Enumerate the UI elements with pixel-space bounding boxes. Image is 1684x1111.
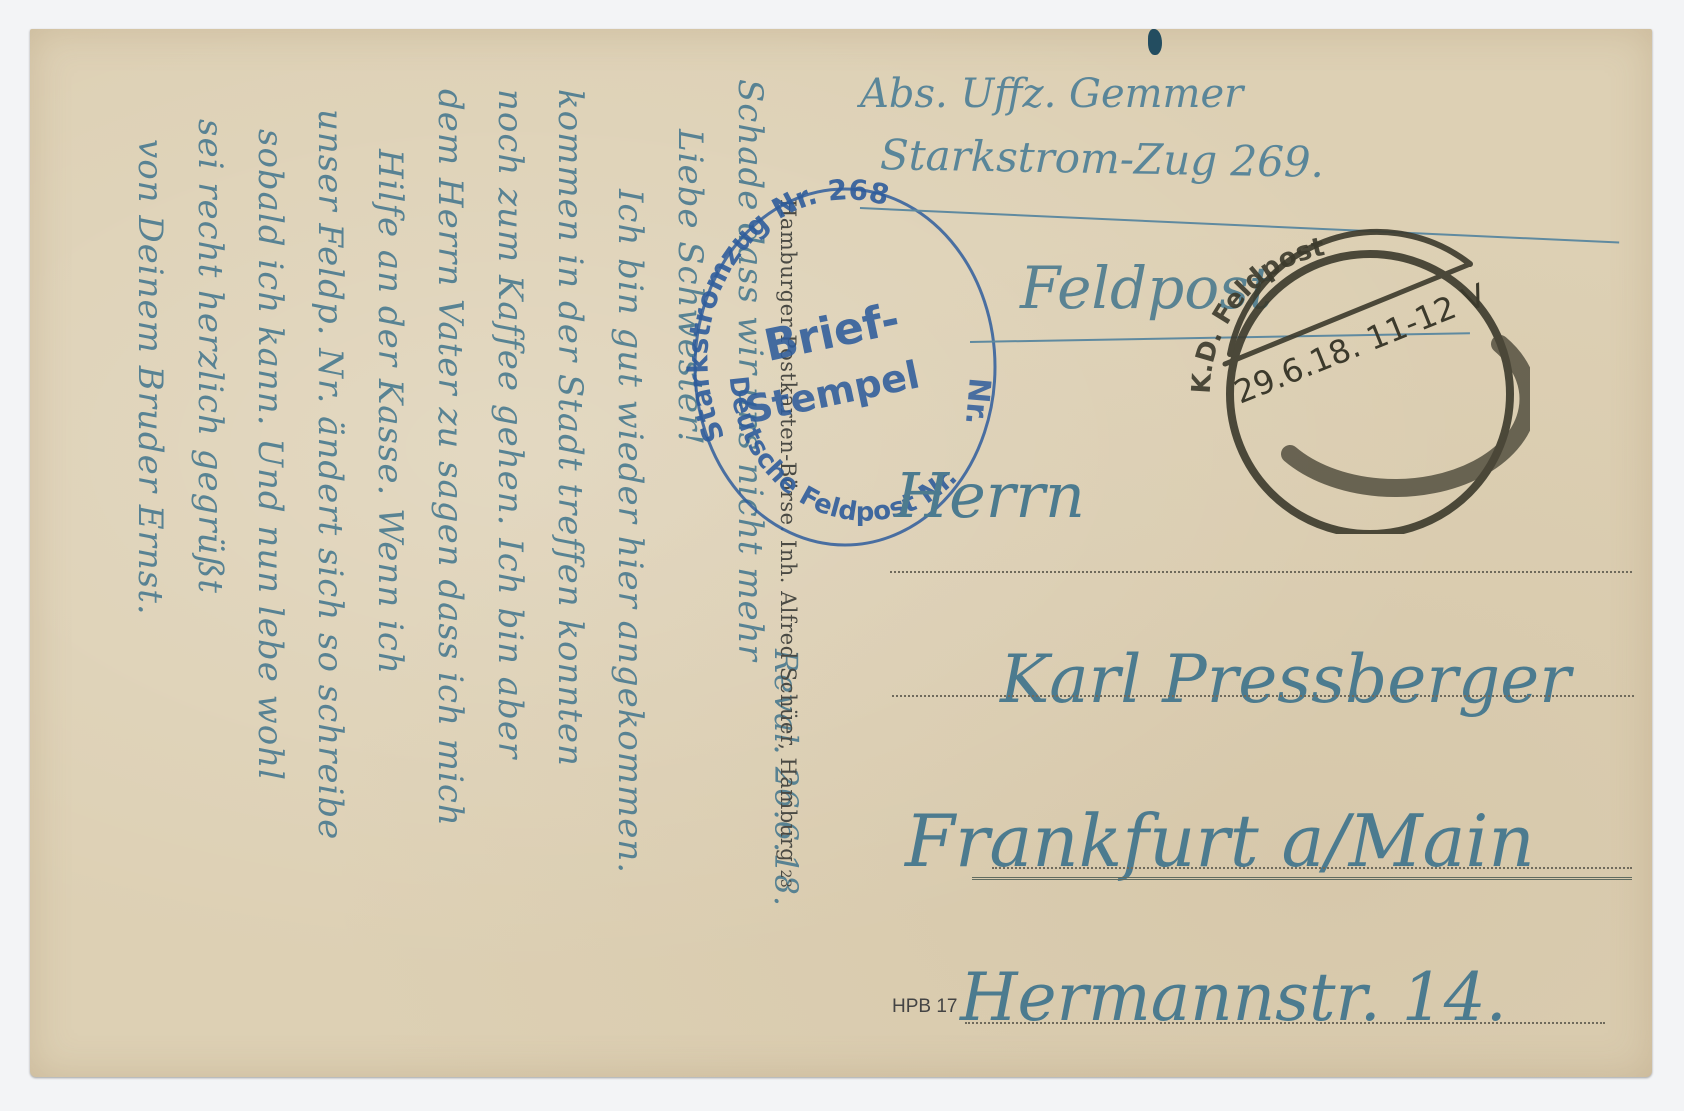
message-line: sei recht herzlich gegrüßt — [190, 119, 230, 594]
address-underline — [972, 877, 1632, 880]
postcard: Schade dass wir uns nicht mehr Liebe Sch… — [30, 29, 1652, 1077]
message-line: unser Feldp. Nr. ändert sich so schreibe — [310, 109, 350, 840]
printer-imprint-suffix: 23 — [777, 869, 793, 888]
message-line: Ich bin gut wieder hier angekommen. — [610, 189, 650, 874]
ink-blot — [1148, 29, 1162, 55]
message-line: kommen in der Stadt treffen konnten — [550, 89, 590, 767]
message-line: sobald ich kann. Und nun lebe wohl — [250, 129, 290, 781]
recipient-city: Frankfurt a/Main — [905, 799, 1535, 883]
message-area: Schade dass wir uns nicht mehr Liebe Sch… — [70, 69, 790, 1069]
address-line — [992, 867, 1632, 869]
address-line — [892, 695, 1634, 697]
series-code: HPB 17 — [892, 996, 957, 1018]
recipient-salutation: Herrn — [895, 459, 1085, 532]
postmark: K.D. Feldpost 29.6.18. 11-12 V — [1170, 224, 1530, 534]
address-line — [965, 1022, 1605, 1024]
recipient-street: Hermannstr. 14. — [960, 959, 1507, 1036]
message-line: von Deinem Bruder Ernst. — [130, 139, 170, 616]
address-line — [890, 571, 1632, 573]
message-line: Hilfe an der Kasse. Wenn ich — [370, 149, 410, 675]
recipient-name: Karl Pressberger — [1000, 641, 1571, 718]
message-line: dem Herrn Vater zu sagen dass ich mich — [430, 89, 470, 827]
sender-line-1: Abs. Uffz. Gemmer — [860, 71, 1243, 117]
sender-line-2: Starkstrom-Zug 269. — [880, 130, 1325, 187]
message-line: noch zum Kaffee gehen. Ich bin aber — [490, 89, 530, 759]
stamp-side-mark: Nr. — [958, 376, 997, 426]
